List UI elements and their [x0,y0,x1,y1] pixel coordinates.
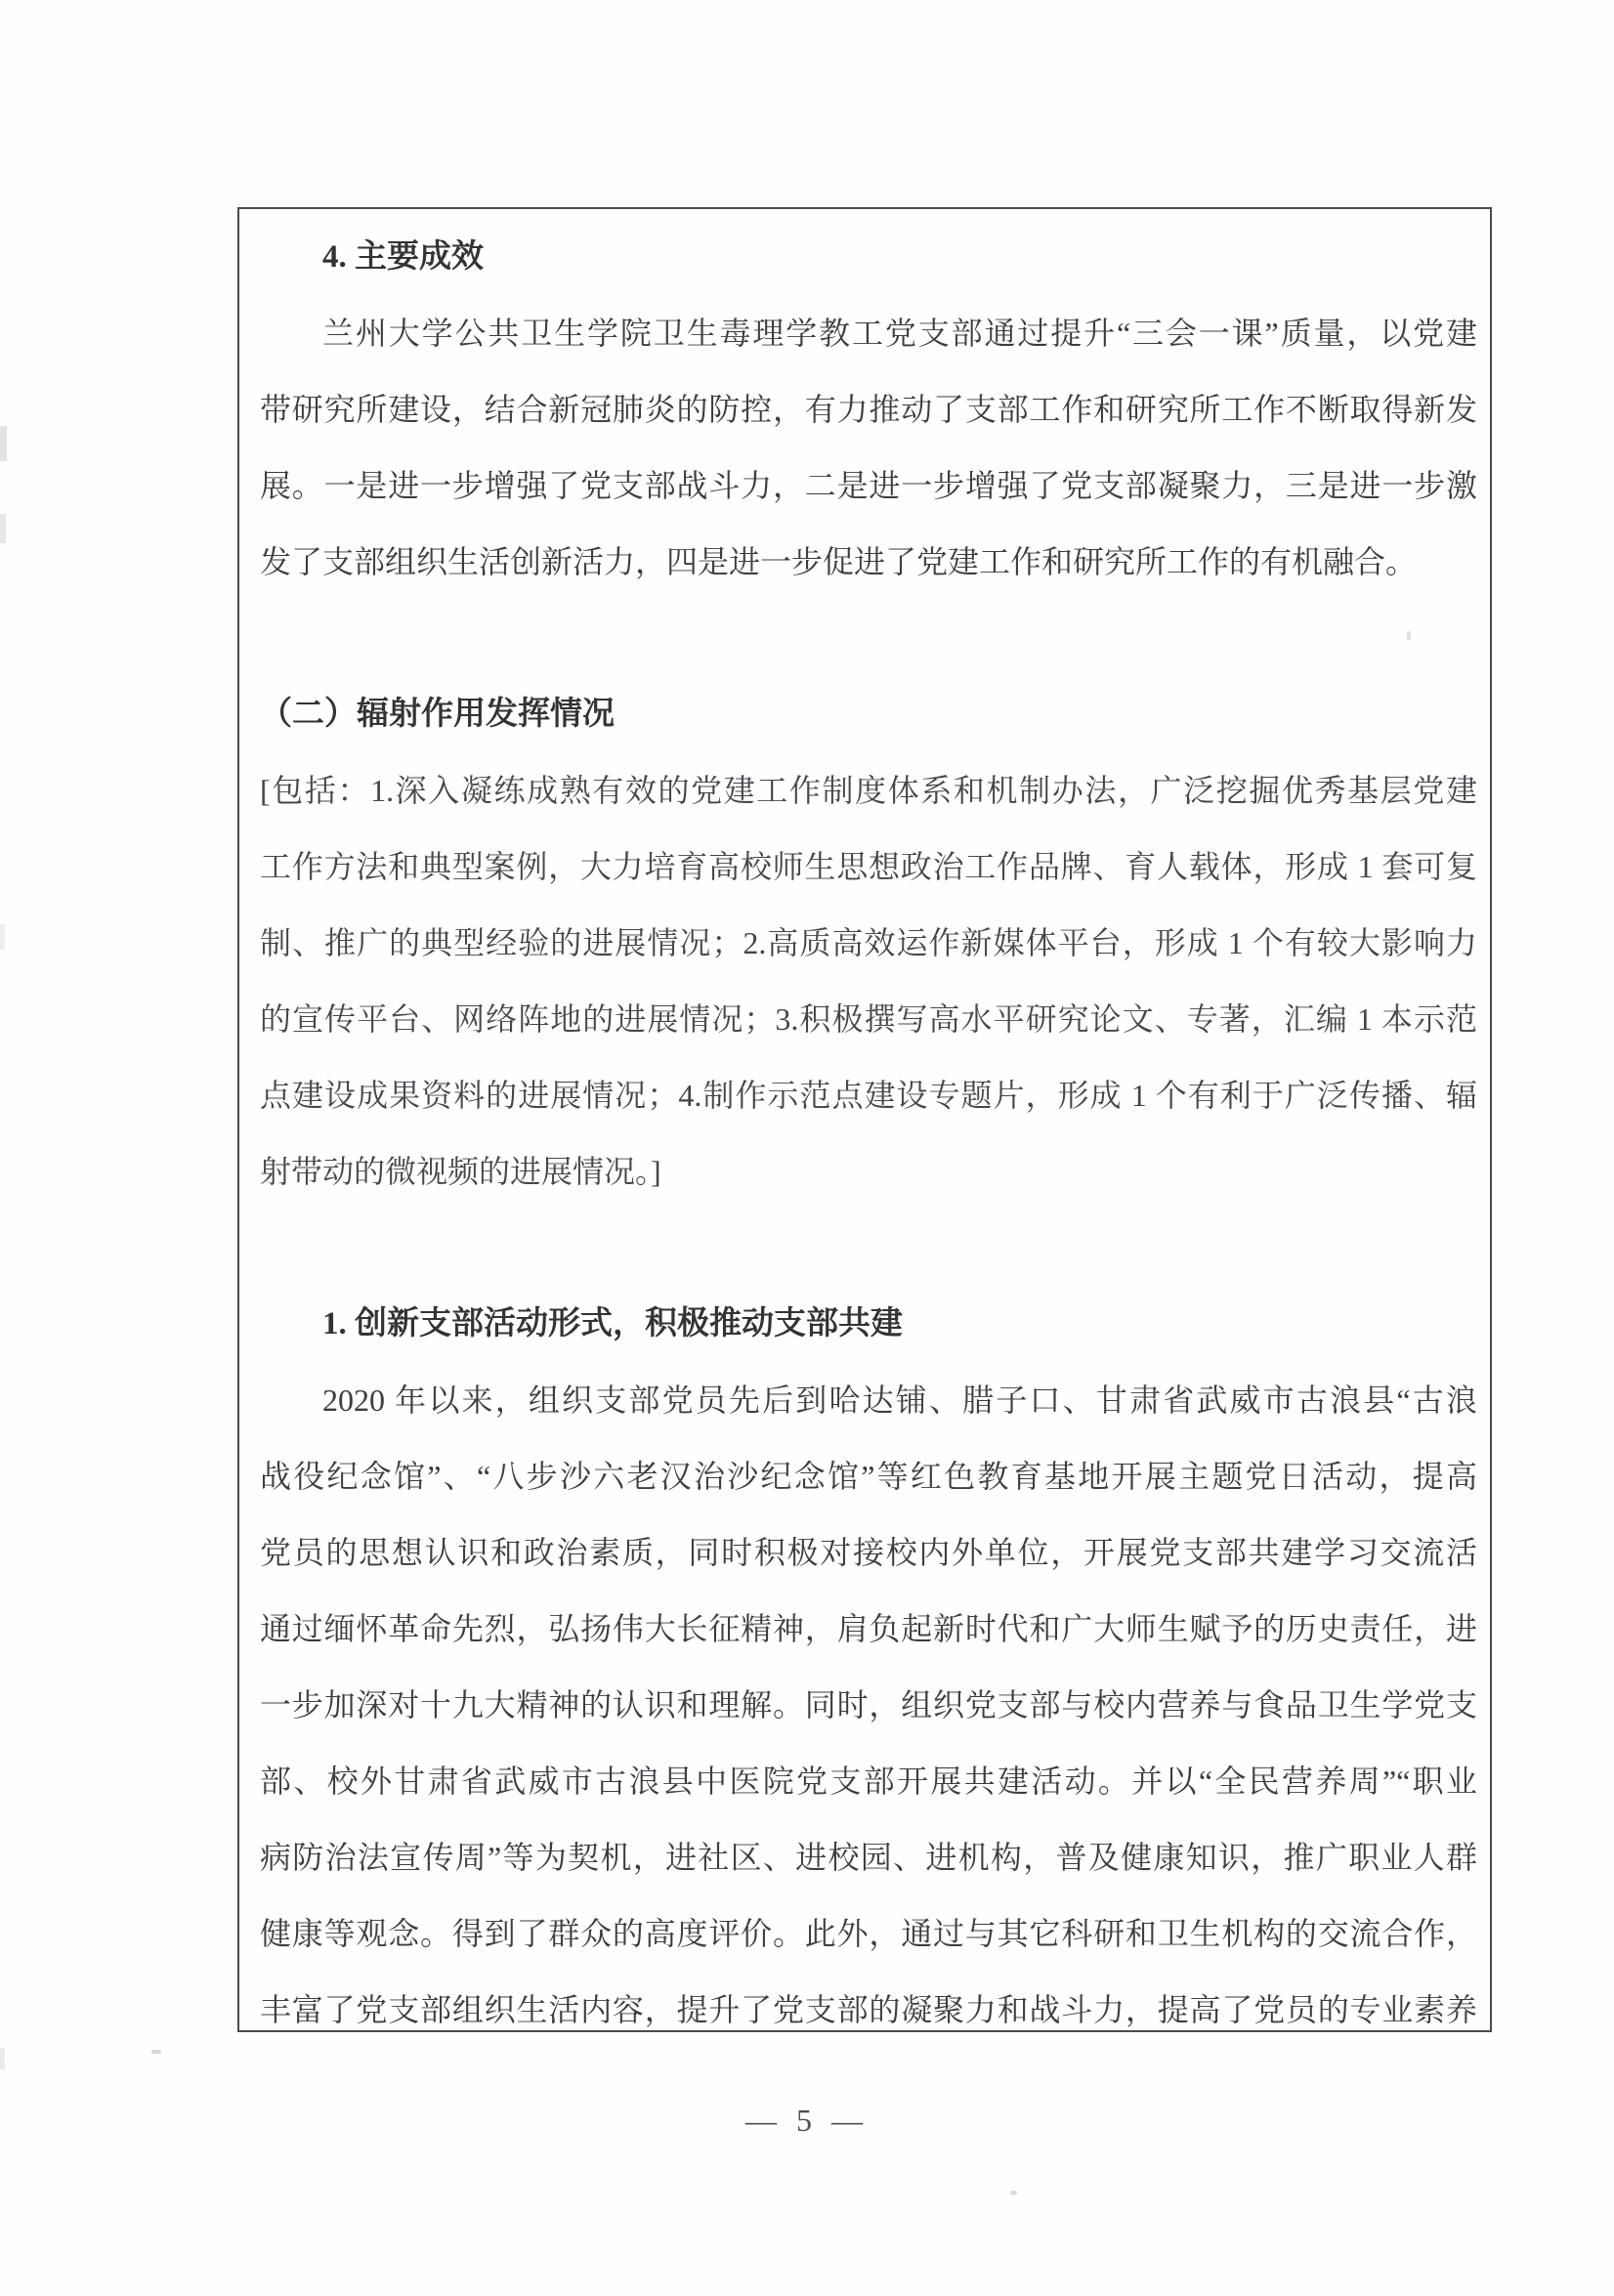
text-line: 丰富了党支部组织生活内容，提升了党支部的凝聚力和战斗力，提高了党员的专业素养 [260,1972,1477,2032]
form-cell-border: 4. 主要成效 兰州大学公共卫生学院卫生毒理学教工党支部通过提升“三会一课”质量… [237,207,1492,2032]
scan-artifact [0,426,7,461]
text-line: 工作方法和典型案例，大力培育高校师生思想政治工作品牌、育人载体，形成 1 套可复 [260,829,1477,905]
text-line: 战役纪念馆”、“八步沙六老汉治沙纪念馆”等红色教育基地开展主题党日活动，提高 [260,1438,1477,1514]
text-line: 病防治法宣传周”等为契机，进社区、进校园、进机构，普及健康知识，推广职业人群 [260,1819,1477,1895]
scanned-document-page: 4. 主要成效 兰州大学公共卫生学院卫生毒理学教工党支部通过提升“三会一课”质量… [0,0,1614,2296]
text-line: 发了支部组织生活创新活力，四是进一步促进了党建工作和研究所工作的有机融合。 [260,524,1477,600]
blank-line [260,1210,1477,1286]
text-line: 的宣传平台、网络阵地的进展情况；3.积极撰写高水平研究论文、专著，汇编 1 本示… [260,981,1477,1057]
text-line: 通过缅怀革命先烈，弘扬伟大长征精神，肩负起新时代和广大师生赋予的历史责任，进 [260,1591,1477,1667]
scan-artifact [0,2048,5,2069]
text-line: 部、校外甘肃省武威市古浪县中医院党支部开展共建活动。并以“全民营养周”“职业 [260,1743,1477,1819]
text-line: 健康等观念。得到了群众的高度评价。此外，通过与其它科研和卫生机构的交流合作， [260,1895,1477,1972]
section-heading-main-effects: 4. 主要成效 [260,219,1477,295]
text-line: [包括：1.深入凝练成熟有效的党建工作制度体系和机制办法，广泛挖掘优秀基层党建 [260,752,1477,829]
text-line: 点建设成果资料的进展情况；4.制作示范点建设专题片，形成 1 个有利于广泛传播、… [260,1057,1477,1133]
page-number: — 5 — [0,2103,1614,2139]
text-line: 展。一是进一步增强了党支部战斗力，二是进一步增强了党支部凝聚力，三是进一步激 [260,447,1477,524]
section-heading-radiation-effect: （二）辐射作用发挥情况 [260,676,1477,752]
scan-artifact [151,2050,161,2054]
text-line: 党员的思想认识和政治素质，同时积极对接校内外单位，开展党支部共建学习交流活动。 [260,1514,1477,1591]
blank-line [260,600,1477,676]
text-line: 一步加深对十九大精神的认识和理解。同时，组织党支部与校内营养与食品卫生学党支 [260,1667,1477,1743]
text-line: 带研究所建设，结合新冠肺炎的防控，有力推动了支部工作和研究所工作不断取得新发 [260,371,1477,447]
section-heading-branch-activities: 1. 创新支部活动形式，积极推动支部共建 [260,1286,1477,1362]
text-line: 兰州大学公共卫生学院卫生毒理学教工党支部通过提升“三会一课”质量，以党建 [260,295,1477,371]
text-line: 制、推广的典型经验的进展情况；2.高质高效运作新媒体平台，形成 1 个有较大影响… [260,905,1477,981]
text-line: 射带动的微视频的进展情况。] [260,1133,1477,1210]
scan-artifact [0,514,6,543]
scan-artifact [1010,2190,1017,2195]
text-line: 2020 年以来，组织支部党员先后到哈达铺、腊子口、甘肃省武威市古浪县“古浪 [260,1362,1477,1438]
scan-artifact [0,924,5,950]
